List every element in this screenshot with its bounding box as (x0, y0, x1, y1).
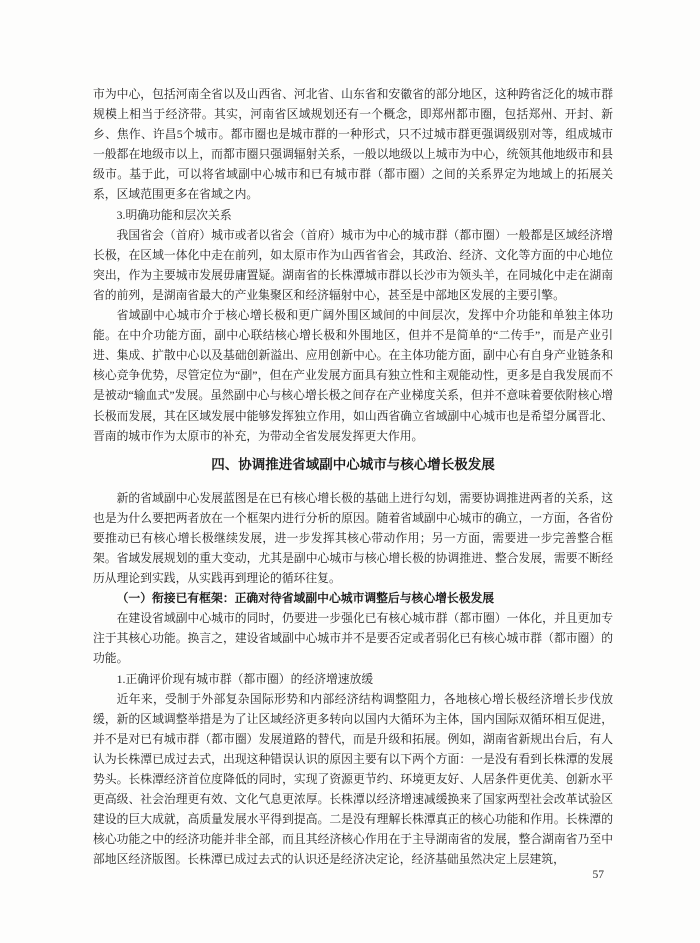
text-column: 市为中心，包括河南全省以及山西省、河北省、山东省和安徽省的部分地区，这种跨省泛化… (93, 84, 613, 869)
paragraph-intermediate-layer: 省域副中心城市介于核心增长极和更广阔外围区域间的中间层次，发挥中介功能和单独主体… (93, 305, 613, 446)
subsection-heading: （一）衔接已有框架：正确对待省域副中心城市调整后与核心增长极发展 (93, 588, 613, 608)
document-page: 市为中心，包括河南全省以及山西省、河北省、山东省和安徽省的部分地区，这种跨省泛化… (0, 0, 700, 943)
paragraph-strengthen-integration: 在建设省域副中心城市的同时，仍要进一步强化已有核心城市群（都市圈）一体化，并且更… (93, 608, 613, 668)
section-heading: 四、协调推进省域副中心城市与核心增长极发展 (93, 454, 613, 475)
paragraph-continued: 市为中心，包括河南全省以及山西省、河北省、山东省和安徽省的部分地区，这种跨省泛化… (93, 84, 613, 205)
paragraph-recent-years: 近年来，受制于外部复杂国际形势和内部经济结构调整阻力，各地核心增长极经济增长步伐… (93, 689, 613, 870)
paragraph-blueprint: 新的省域副中心发展蓝图是在已有核心增长极的基础上进行勾划，需要协调推进两者的关系… (93, 488, 613, 588)
page-number: 57 (593, 869, 605, 881)
numbered-subheading-3: 3.明确功能和层次关系 (93, 205, 613, 225)
paragraph-capital-cities: 我国省会（首府）城市或者以省会（首府）城市为中心的城市群（都市圈）一般都是区域经… (93, 225, 613, 305)
numbered-subheading-1: 1.正确评价现有城市群（都市圈）的经济增速放缓 (93, 669, 613, 689)
